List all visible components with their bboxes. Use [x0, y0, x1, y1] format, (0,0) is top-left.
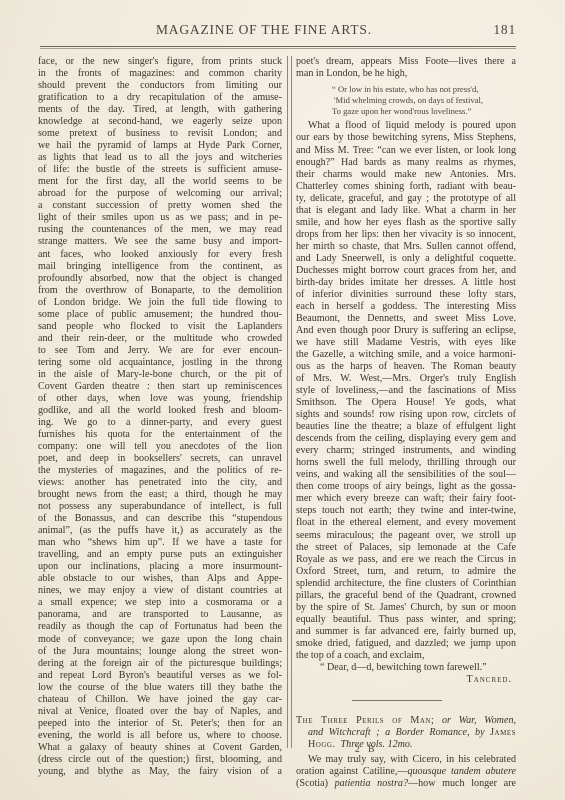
text-line: light of their smiles upon us as we pass…	[38, 212, 282, 224]
text-line: pillars, the graceful bend of the Quadra…	[296, 590, 516, 602]
text-line: strange matters. We see the same busy an…	[38, 236, 282, 248]
text-line: Beaumont, the Dennetts, and sweet Miss L…	[296, 313, 516, 325]
text-line: of Mrs. W. West,—Mrs. Orger's truly Engl…	[296, 373, 516, 385]
verse-line: To gaze upon her wond'rous loveliness.”	[332, 106, 516, 117]
text-line: descends from the ceiling, displaying ev…	[296, 433, 516, 445]
text-line: and their rein-deer, or the multitude wh…	[38, 333, 282, 345]
section-rule	[352, 700, 442, 701]
text-line: of other days, when love was young, frie…	[38, 393, 282, 405]
text-line: ing. We go to a dinner-party, and every …	[38, 417, 282, 429]
text-line: ment for the first day, all the world se…	[38, 176, 282, 188]
text-line: birth-day brides imitate her dresses. A …	[296, 277, 516, 289]
text-line: ments of the day. Tired, at length, with…	[38, 104, 282, 116]
column-divider	[287, 56, 292, 748]
text-line: poet's dream, appears Miss Foote—lives t…	[296, 56, 516, 68]
text-line: ant faces, who looked anxiously for ever…	[38, 249, 282, 261]
text-line: we have still Madame Vestris, with eyes …	[296, 337, 516, 349]
text-line: evening, the world is all before us, whe…	[38, 730, 282, 742]
text-line: style of loveliness,—and the fascination…	[296, 385, 516, 397]
text-line: that is elegant and lady like. What a ch…	[296, 205, 516, 217]
text-line: readily as though the cap of Fortunatus …	[38, 621, 282, 633]
text-line: able obstacle to our wishes, than Alps a…	[38, 573, 282, 585]
author-signature: Tancred.	[296, 674, 516, 686]
text-line: nines, we may enjoy a view of distant co…	[38, 585, 282, 597]
text-line: enough?” Had bards as many realms as rhy…	[296, 157, 516, 169]
text-line: mer which every breeze can waft; their f…	[296, 493, 516, 505]
text-line: mail bringing intelligence from the cont…	[38, 261, 282, 273]
text-line: our ears by those bewitching syrens, Mis…	[296, 132, 516, 144]
right-column: poet's dream, appears Miss Foote—lives t…	[296, 56, 516, 790]
text-line: the top of a coach, and exclaim,	[296, 650, 516, 662]
review-heading: The Three Perils of Man; or War, Women, …	[296, 715, 516, 751]
text-line: the mysteries of magazines, and the poli…	[38, 465, 282, 477]
text-line: float in the ethereal element, and every…	[296, 517, 516, 529]
text-line: Chatterley comes shining forth, radiant …	[296, 181, 516, 193]
text-line: gratification to a dry recapitulation of…	[38, 92, 282, 104]
text-line: rusing the countenances of the men, we m…	[38, 224, 282, 236]
text-line: profoundly absorbed, now that the object…	[38, 273, 282, 285]
text-line: splendid architecture, the fine clusters…	[296, 578, 516, 590]
text-line: steps touch not earth; they twine and in…	[296, 505, 516, 517]
text-line: her mirth so chaste, that Mrs. Sullen ca…	[296, 241, 516, 253]
text-line: in the fronts of magazines: and common c…	[38, 68, 282, 80]
text-line: drops from her lips: then her vivacity i…	[296, 229, 516, 241]
text-line: the street of Palaces, sip lemonade at t…	[296, 542, 516, 554]
text-line: a constant succession of pretty women sh…	[38, 200, 282, 212]
text-line: Royale as we pass, and ere we reach the …	[296, 554, 516, 566]
text-line: ous as the harps of heaven. The Roman be…	[296, 361, 516, 373]
verse-line: 'Mid whelming crowds, on days of festiva…	[332, 95, 516, 106]
text-line: chateau of Chillon. We have joined the g…	[38, 694, 282, 706]
text-line: then come troops of airy beings, light a…	[296, 481, 516, 493]
review-body: We may truly say, with Cicero, in his ce…	[296, 754, 516, 790]
text-line: smoke dried, fatigued, and dazzled; we j…	[296, 638, 516, 650]
text-line: some place of public amusement; the hund…	[38, 309, 282, 321]
text-line: panorama, and are transported to Lausann…	[38, 609, 282, 621]
text-line: knowledge at second-hand, we eagerly sei…	[38, 116, 282, 128]
text-line: smile, and how her eyes flash as the spo…	[296, 217, 516, 229]
text-line: abroad for the purpose of welcoming our …	[38, 188, 282, 200]
text-line: low the course of the blue waters till t…	[38, 682, 282, 694]
text-line: Duchesses might borrow court graces from…	[296, 265, 516, 277]
text-line: nival at Venice, floated over the bay of…	[38, 706, 282, 718]
text-line: sand people who flocked to visit the Lap…	[38, 321, 282, 333]
text-line: What a flood of liquid melody is poured …	[296, 120, 516, 132]
text-line: of life: the bustle of the streets is su…	[38, 164, 282, 176]
review-author: James	[490, 727, 516, 738]
header-rule	[40, 46, 516, 49]
text-line: peeped into the interior of St. Peter's;…	[38, 718, 282, 730]
text-line: face, or the new singer's figure, from p…	[38, 56, 282, 68]
text-line: beauties line the theatre; a blaze of ef…	[296, 421, 516, 433]
text-line: man in London, be he high,	[296, 68, 516, 80]
text-line: furnishes his quota for the entertainmen…	[38, 429, 282, 441]
text-line: and Miss M. Tree: “can we ever listen, o…	[296, 145, 516, 157]
text-line: a small expence; we step into a cosmoram…	[38, 597, 282, 609]
text-line: equally beautiful. Thus pass winter, and…	[296, 614, 516, 626]
verse-quotation: “ Or low in his estate, who has not pres…	[332, 84, 516, 116]
text-line: horns swell the full melody, thrilling t…	[296, 457, 516, 469]
text-line: to see Tom and Jerry. We are for ever en…	[38, 345, 282, 357]
text-line: as lights that lead us to all the joys a…	[38, 152, 282, 164]
text-line: veins, and waking all the sensibilities …	[296, 469, 516, 481]
text-line: of inferior divinities surround these lo…	[296, 289, 516, 301]
text-line: mode of conveyance; we gaze upon the lon…	[38, 634, 282, 646]
text-line: man who “shews him up”. If we have a tas…	[38, 537, 282, 549]
text-line: tering some old acquaintance, jostling i…	[38, 357, 282, 369]
text-line: ty, delicate, graceful, and gay ; the pr…	[296, 193, 516, 205]
text-line: each in herself a goddess. The interesti…	[296, 301, 516, 313]
review-title: The Three Perils of Man;	[296, 715, 434, 726]
text-line: travelling, and an empty purse puts an e…	[38, 549, 282, 561]
text-line: animal”, (as the puffs have it,) as accu…	[38, 525, 282, 537]
text-line: the Gazelle, a witching smile, and a voi…	[296, 349, 516, 361]
left-column: face, or the new singer's figure, from p…	[38, 56, 282, 778]
closing-quote: “ Dear, d—d, bewitching town farewell.”	[296, 662, 516, 674]
running-head-title: MAGAZINE OF THE FINE ARTS.	[156, 22, 372, 38]
text-line: Oxford Street, turn, and return, to admi…	[296, 566, 516, 578]
text-line: company: one will tell you anecdotes of …	[38, 441, 282, 453]
text-line: seems miraculous; the pageant over, we s…	[296, 530, 516, 542]
text-line: and repeat Lord Byron's beautiful verses…	[38, 670, 282, 682]
text-line: poet, and deep in booksellers' secrets, …	[38, 453, 282, 465]
verse-line: “ Or low in his estate, who has not pres…	[332, 84, 516, 95]
signature-mark: 2 B	[355, 745, 377, 755]
text-line: of the Bonassus, and can describe this “…	[38, 513, 282, 525]
text-line: sights and sounds! row rising upon row, …	[296, 409, 516, 421]
text-line: Covent Garden theatre : then start up re…	[38, 381, 282, 393]
text-line: not possess any superabundance of intell…	[38, 501, 282, 513]
page-number: 181	[493, 22, 516, 38]
text-line: in the aisle of Mary-le-bone church, or …	[38, 369, 282, 381]
text-line: (dress circle out of the question;) firs…	[38, 754, 282, 766]
text-line: by the spire of St. James' Church, by su…	[296, 602, 516, 614]
text-line: of the Jura mountains; lounge along the …	[38, 646, 282, 658]
text-line: from the overthrow of Bonaparte, to the …	[38, 285, 282, 297]
text-line: we hail the pyramid of lamps at Hyde Par…	[38, 140, 282, 152]
text-line: some pretext of business to revisit Lond…	[38, 128, 282, 140]
text-line: Smithson. The Opera House! Ye gods, what	[296, 397, 516, 409]
text-line: and Lady Sneerwell, is only a delightful…	[296, 253, 516, 265]
text-line: upon our inclinations, placing a more in…	[38, 561, 282, 573]
text-line: should prevent the conductors from limit…	[38, 80, 282, 92]
text-line: and summer is far advanced ere, fairly b…	[296, 626, 516, 638]
text-line: dering at the foreign air of the picture…	[38, 658, 282, 670]
text-line: their charms would make new Antonies. Mr…	[296, 169, 516, 181]
running-head: MAGAZINE OF THE FINE ARTS. 181	[38, 22, 516, 38]
text-line: godlike, and all the world looked fresh …	[38, 405, 282, 417]
text-line: views: another has penetrated into the c…	[38, 477, 282, 489]
text-line: young, and blythe as May, the fairy visi…	[38, 766, 282, 778]
text-line: brought news from the east; a third, tho…	[38, 489, 282, 501]
text-line: of London bridge. We join the full tide …	[38, 297, 282, 309]
text-line: What a galaxy of beauty shines at Covent…	[38, 742, 282, 754]
text-line: And even though poor Drury is suffering …	[296, 325, 516, 337]
text-line: every charm; stringed instruments, and w…	[296, 445, 516, 457]
